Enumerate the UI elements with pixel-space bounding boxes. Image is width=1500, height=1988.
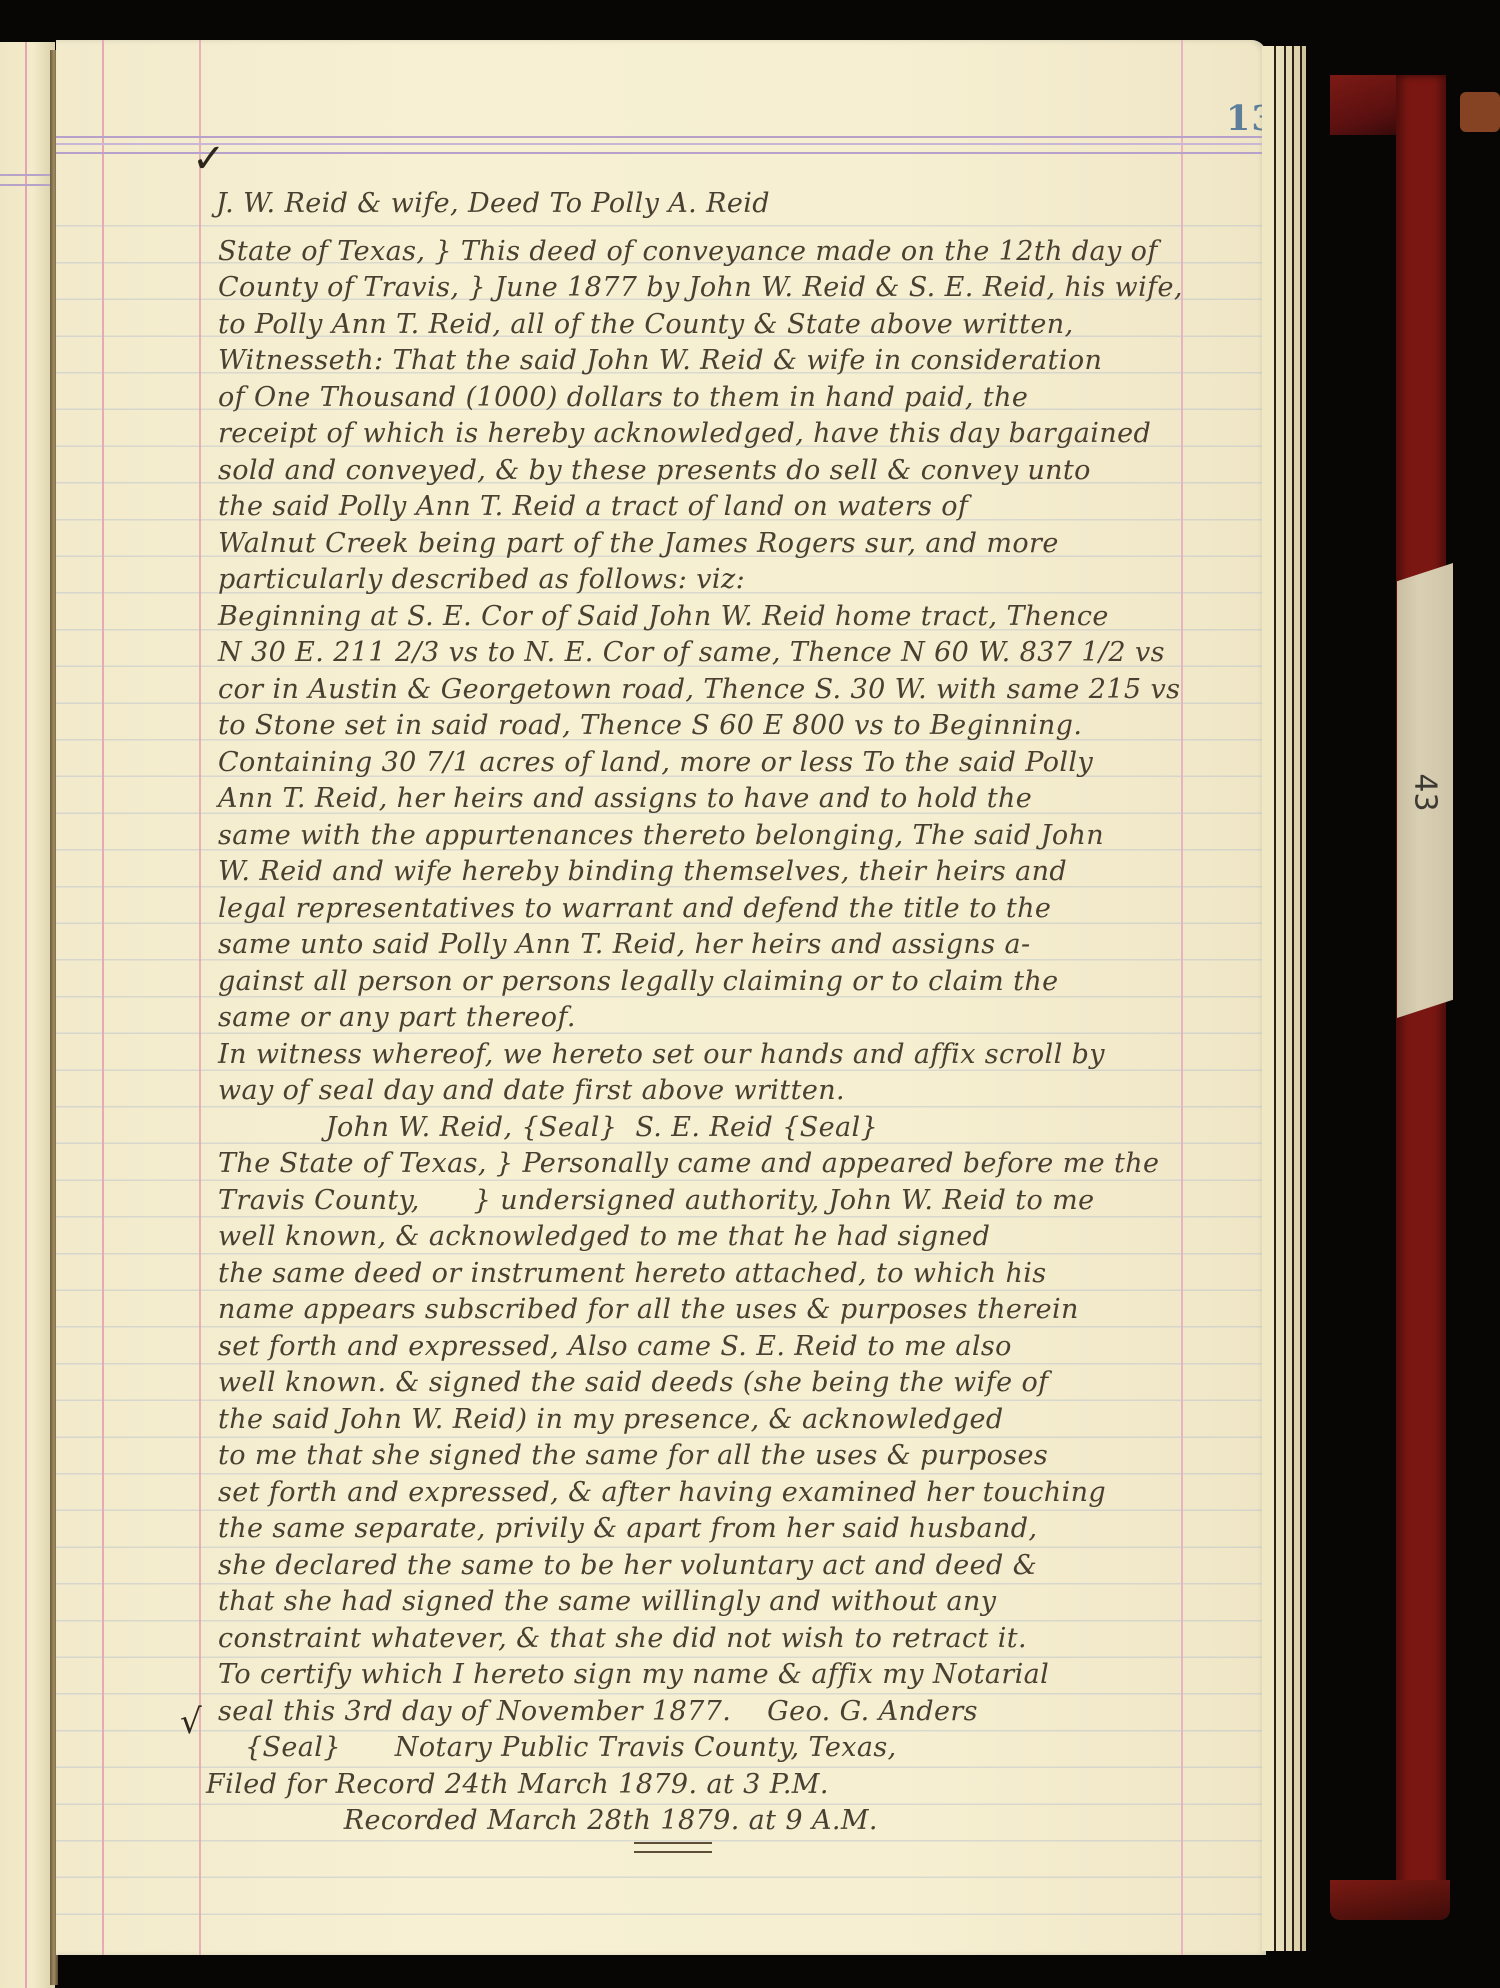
signature-line: John W. Reid, {Seal} S. E. Reid {Seal} [218, 1112, 878, 1143]
entry-line: well known, & acknowledged to me that he… [218, 1221, 990, 1252]
entry-line: to me that she signed the same for all t… [218, 1440, 1048, 1471]
check-mark-icon: √ [180, 1702, 202, 1742]
inner-margin-rule [199, 40, 201, 1955]
header-rule [0, 174, 55, 186]
entry-line: name appears subscribed for all the uses… [218, 1294, 1079, 1325]
entry-line: she declared the same to be her voluntar… [218, 1550, 1037, 1581]
spine-tail [1330, 1880, 1450, 1920]
entry-line: Walnut Creek being part of the James Rog… [218, 528, 1059, 559]
entry-heading: J. W. Reid & wife, Deed To Polly A. Reid [216, 188, 770, 219]
entry-line: the said Polly Ann T. Reid a tract of la… [218, 491, 968, 522]
volume-number: 43 [1408, 773, 1443, 813]
entry-line: County of Travis, } June 1877 by John W.… [218, 272, 1183, 303]
entry-line: to Stone set in said road, Thence S 60 E… [218, 710, 1082, 741]
notary-title-line: {Seal} Notary Public Travis County, Texa… [218, 1732, 897, 1763]
entry-line: particularly described as follows: viz: [218, 564, 745, 595]
entry-line: sold and conveyed, & by these presents d… [218, 455, 1091, 486]
header-rule [56, 136, 1266, 154]
entry-line: set forth and expressed, Also came S. E.… [218, 1331, 1012, 1362]
entry-line: To certify which I hereto sign my name &… [218, 1659, 1049, 1690]
entry-line: way of seal day and date first above wri… [218, 1075, 845, 1106]
entry-line: to Polly Ann T. Reid, all of the County … [218, 309, 1074, 340]
entry-line: gainst all person or persons legally cla… [218, 966, 1059, 997]
entry-line: same with the appurtenances thereto belo… [218, 820, 1104, 851]
entry-line: the same deed or instrument hereto attac… [218, 1258, 1047, 1289]
entry-line: the said John W. Reid) in my presence, &… [218, 1404, 1004, 1435]
entry-line: same unto said Polly Ann T. Reid, her he… [218, 929, 1030, 960]
entry-line: N 30 E. 211 2/3 vs to N. E. Cor of same,… [218, 637, 1165, 668]
entry-line: legal representatives to warrant and def… [218, 893, 1051, 924]
entry-line: W. Reid and wife hereby binding themselv… [218, 856, 1067, 887]
entry-line: well known. & signed the said deeds (she… [218, 1367, 1049, 1398]
entry-line: Ann T. Reid, her heirs and assigns to ha… [218, 783, 1032, 814]
page-edge-stack [1262, 46, 1312, 1951]
check-mark-icon: ✓ [192, 136, 226, 182]
entry-line: the same separate, privily & apart from … [218, 1513, 1037, 1544]
previous-page-edge [0, 42, 55, 1988]
right-margin-rule [1181, 40, 1183, 1955]
margin-rule [25, 42, 27, 1988]
entry-line: Beginning at S. E. Cor of Said John W. R… [218, 601, 1109, 632]
recorded-line: Recorded March 28th 1879. at 9 A.M. [218, 1805, 878, 1836]
entry-line: The State of Texas, } Personally came an… [218, 1148, 1159, 1179]
entry-line: that she had signed the same willingly a… [218, 1586, 996, 1617]
entry-line: of One Thousand (1000) dollars to them i… [218, 382, 1028, 413]
entry-line: State of Texas, } This deed of conveyanc… [218, 236, 1158, 267]
entry-line: constraint whatever, & that she did not … [218, 1623, 1027, 1654]
entry-line: Travis County, } undersigned authority, … [218, 1185, 1094, 1216]
entry-line: cor in Austin & Georgetown road, Thence … [218, 674, 1180, 705]
entry-line: In witness whereof, we hereto set our ha… [218, 1039, 1105, 1070]
entry-line: set forth and expressed, & after having … [218, 1477, 1106, 1508]
closing-double-rule [634, 1842, 712, 1853]
entry-line: Witnesseth: That the said John W. Reid &… [218, 345, 1102, 376]
entry-line: same or any part thereof. [218, 1002, 576, 1033]
outer-margin-rule [102, 40, 104, 1955]
notary-date-line: seal this 3rd day of November 1877. Geo.… [218, 1696, 978, 1727]
corner-wear [1460, 92, 1500, 132]
entry-line: receipt of which is hereby acknowledged,… [218, 418, 1151, 449]
entry-line: Containing 30 7/1 acres of land, more or… [218, 747, 1093, 778]
filed-line: Filed for Record 24th March 1879. at 3 P… [206, 1769, 829, 1800]
ledger-page: 137 ✓ √ J. W. Reid & wife, Deed To Polly… [56, 40, 1266, 1955]
